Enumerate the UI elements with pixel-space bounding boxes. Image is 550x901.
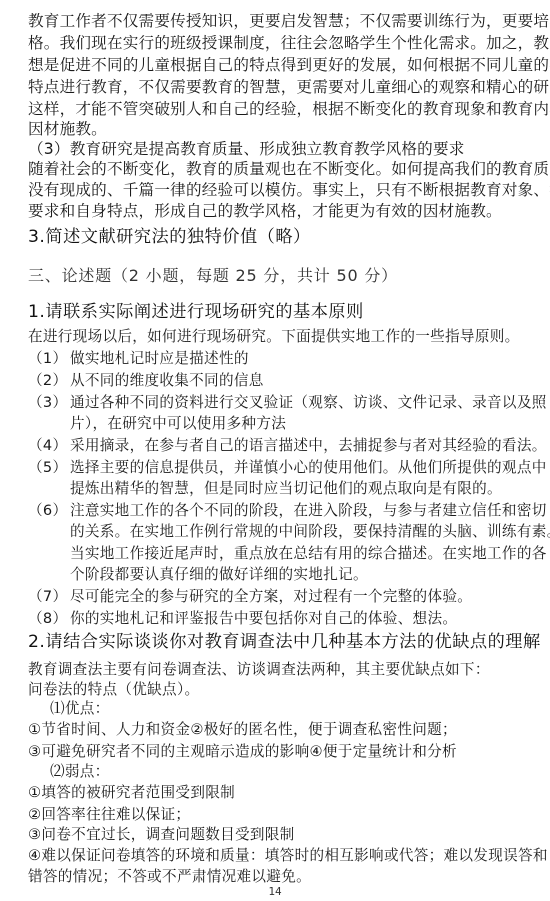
essay-intro: 在进行现场以后，如何进行现场研究。下面提供实地工作的一些指导原则。 [28, 327, 520, 346]
list-item: （7）尽可能完全的参与研究的全方案，对过程有一个完整的体验。 [28, 587, 472, 606]
essay-heading: 2.请结合实际谈谈你对教育调查法中几种基本方法的优缺点的理解 [28, 633, 541, 652]
list-text-cont: 当实地工作接近尾声时，重点放在总结有用的综合描述。在实地工作的各 [70, 544, 547, 563]
disadvantages-label: ⑵弱点： [50, 762, 110, 781]
paragraph-line: 因材施教。 [28, 120, 107, 139]
disadvantage-line: 错答的情况；不答或不严肃情况难以避免。 [28, 867, 311, 886]
disadvantage-line: ②回答率往往难以保证； [28, 805, 190, 824]
list-item: （6）注意实地工作的各个不同的阶段，在进入阶段，与参与者建立信任和密切 [28, 501, 547, 520]
list-text: 做实地札记时应是描述性的 [70, 350, 249, 367]
paragraph-line: 没有现成的、千篇一律的经验可以模仿。事实上，只有不断根据教育对象、教育 [28, 181, 550, 200]
essay-intro: 教育调查法主要有问卷调查法、访谈调查法两种，其主要优缺点如下： [28, 660, 490, 679]
list-number: （1） [28, 349, 70, 368]
list-text-cont: 片），在研究中可以使用多种方法 [70, 414, 286, 433]
list-number: （2） [28, 371, 70, 390]
list-number: （8） [28, 609, 70, 628]
list-number: （4） [28, 436, 70, 455]
advantages-label: ⑴优点： [50, 699, 110, 718]
list-text-cont: 的关系。在实地工作例行常规的中间阶段，要保持清醒的头脑、训练有素。 [70, 522, 550, 541]
page-number: 14 [0, 885, 550, 898]
advantage-line: ①节省时间、人力和资金②极好的匿名性，便于调查私密性问题； [28, 720, 457, 739]
list-text-cont: 提炼出精华的智慧，但是同时应当切记他们的观点取向是有限的。 [70, 479, 502, 498]
list-number: （3） [28, 393, 70, 412]
list-item: （8）你的实地札记和评鉴报告中要包括你对自己的体验、想法。 [28, 609, 457, 628]
paragraph-line: 格。我们现在实行的班级授课制度，往往会忽略学生个性化需求。加之，教育理 [28, 34, 550, 53]
section-heading: 三、论述题（2 小题，每题 25 分，共计 50 分） [28, 266, 398, 285]
point-title: （3）教育研究是提高教育质量、形成独立教育教学风格的要求 [28, 140, 465, 159]
question-heading: 3.简述文献研究法的独特价值（略） [28, 228, 311, 247]
list-text: 通过各种不同的资料进行交叉验证（观察、访谈、文件记录、录音以及照 [70, 394, 547, 411]
essay-heading: 1.请联系实际阐述进行现场研究的基本原则 [28, 303, 364, 322]
list-text: 你的实地札记和评鉴报告中要包括你对自己的体验、想法。 [70, 610, 457, 627]
list-text: 注意实地工作的各个不同的阶段，在进入阶段，与参与者建立信任和密切 [70, 502, 547, 519]
list-item: （4）采用摘录，在参与者自己的语言描述中，去捕捉参与者对其经验的看法。 [28, 436, 547, 455]
list-number: （6） [28, 501, 70, 520]
paragraph-line: 想是促进不同的儿童根据自己的特点得到更好的发展，如何根据不同儿童的不同 [28, 56, 550, 75]
list-number: （5） [28, 458, 70, 477]
list-item: （5）选择主要的信息提供员，并谨慎小心的使用他们。从他们所提供的观点中 [28, 458, 547, 477]
paragraph-line: 这样，才能不管突破别人和自己的经验，根据不断变化的教育现象和教育内容， [28, 100, 550, 119]
paragraph-line: 随着社会的不断变化，教育的质量观也在不断变化。如何提高我们的教育质量， [28, 160, 550, 179]
paragraph-line: 特点进行教育，不仅需要教育的智慧，更需要对儿童细心的观察和精心的研究。 [28, 78, 550, 97]
list-item: （1）做实地札记时应是描述性的 [28, 349, 249, 368]
disadvantage-line: ④难以保证问卷填答的环境和质量：填答时的相互影响或代答；难以发现误答和 [28, 846, 548, 865]
disadvantage-line: ③问卷不宜过长，调查问题数目受到限制 [28, 825, 295, 844]
list-text: 尽可能完全的参与研究的全方案，对过程有一个完整的体验。 [70, 588, 472, 605]
list-item: （3）通过各种不同的资料进行交叉验证（观察、访谈、文件记录、录音以及照 [28, 393, 547, 412]
list-item: （2）从不同的维度收集不同的信息 [28, 371, 264, 390]
essay-sub: 问卷法的特点（优缺点）。 [28, 680, 199, 699]
list-text: 选择主要的信息提供员，并谨慎小心的使用他们。从他们所提供的观点中 [70, 459, 547, 476]
disadvantage-line: ①填答的被研究者范围受到限制 [28, 783, 235, 802]
list-number: （7） [28, 587, 70, 606]
list-text: 从不同的维度收集不同的信息 [70, 372, 264, 389]
paragraph-line: 要求和自身特点，形成自己的教学风格，才能更为有效的因材施教。 [28, 202, 502, 221]
list-text-cont: 个阶段都要认真仔细的做好详细的实地扎记。 [70, 565, 368, 584]
advantage-line: ③可避免研究者不同的主观暗示造成的影响④便于定量统计和分析 [28, 742, 457, 761]
list-text: 采用摘录，在参与者自己的语言描述中，去捕捉参与者对其经验的看法。 [70, 437, 547, 454]
paragraph-line: 教育工作者不仅需要传授知识，更要启发智慧；不仅需要训练行为，更要培养人 [28, 12, 550, 31]
